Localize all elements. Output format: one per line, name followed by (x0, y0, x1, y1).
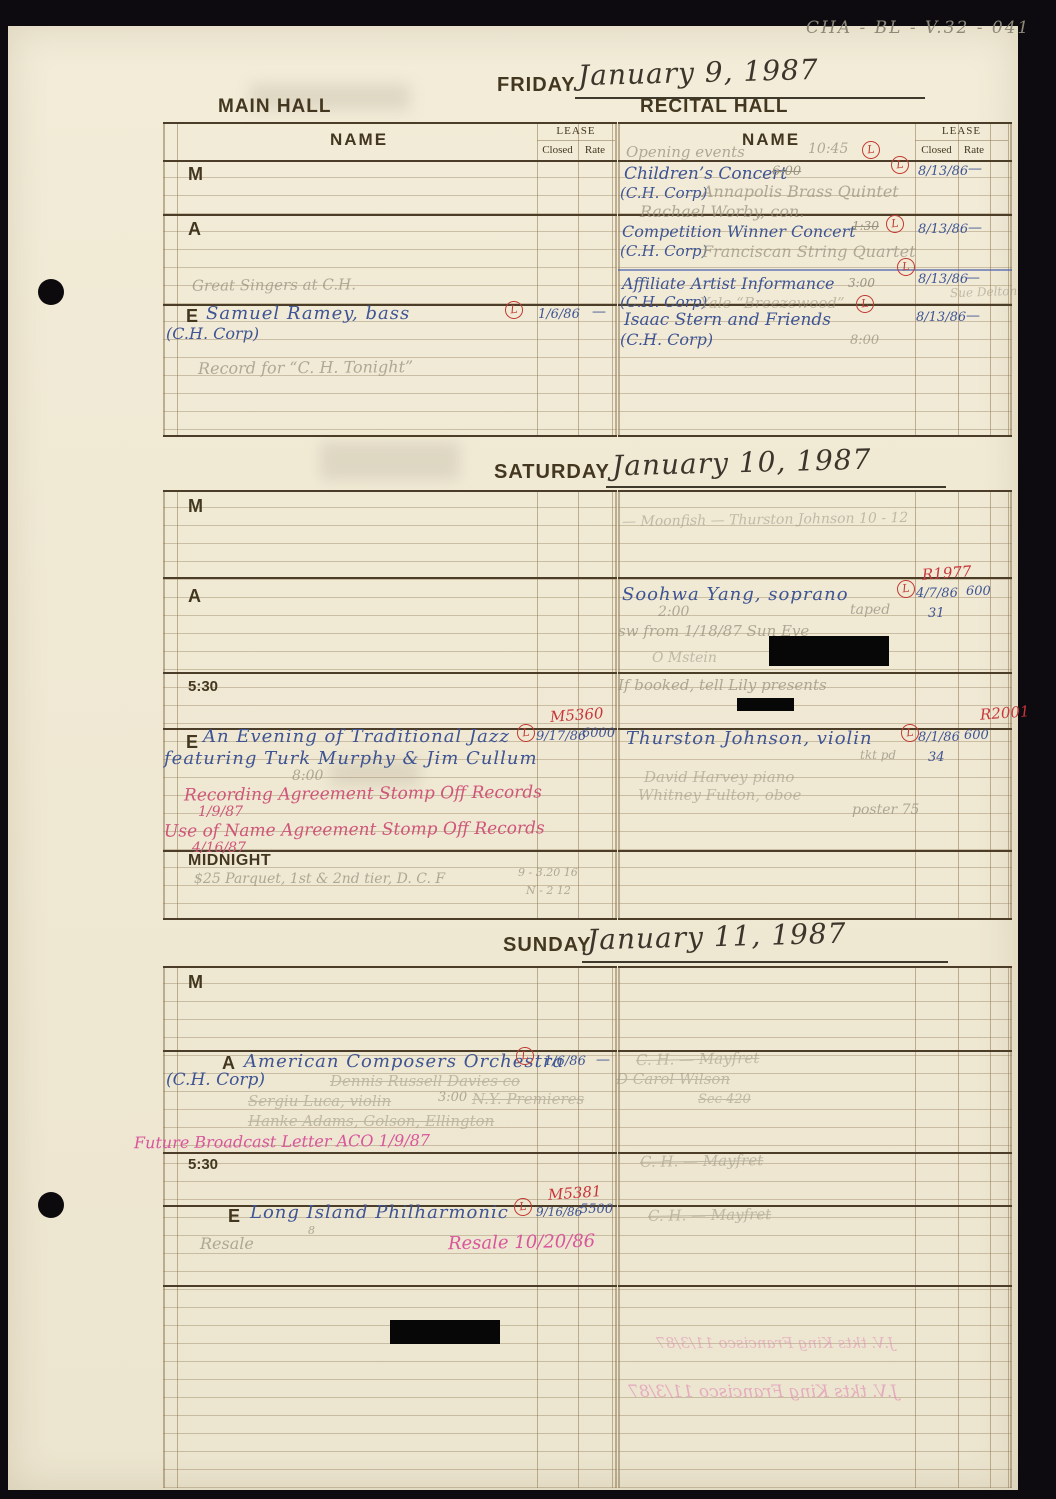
note-great-singers: Great Singers at C.H. (192, 275, 356, 294)
rate-value: 600 (964, 728, 989, 743)
booking-number: M5360 (549, 704, 604, 726)
grid-line (915, 140, 1008, 141)
event-thurston-johnson: Thurston Johnson, violin (626, 728, 873, 749)
artists-harvey: David Harvey piano (644, 768, 794, 786)
note-tkt-pd: tkt pd (860, 748, 896, 762)
grid-line (618, 490, 1012, 492)
grid-line (618, 269, 1012, 271)
rate-value: 6000 (582, 726, 615, 741)
grid-line (163, 160, 617, 162)
grid-line (163, 122, 165, 437)
rate-value: — (592, 304, 606, 320)
event-time: 3:00 (848, 276, 875, 290)
note-mstein: O Mstein (652, 650, 717, 666)
event-time: 8:00 (292, 768, 323, 784)
closed-date: 9/17/86 (536, 729, 586, 744)
org-ch-corp: (C.H. Corp) (166, 324, 259, 343)
note-luca-crossed: Sergiu Luca, violin (248, 1092, 391, 1110)
closed-header-main: Closed (537, 144, 578, 156)
grid-line (163, 966, 617, 968)
rate-header-main: Rate (578, 144, 612, 156)
grid-line (618, 850, 1012, 852)
event-time: 8:00 (850, 333, 879, 348)
date-saturday: January 10, 1987 (612, 443, 872, 483)
org-ch-corp: (C.H. Corp) (620, 330, 713, 349)
grid-line (163, 966, 165, 1488)
row-label-m: M (188, 164, 203, 185)
bleedthrough-text: J.V. tkts King Francisco 11/3/87 (628, 1382, 898, 1402)
grid-line (163, 122, 617, 124)
note-recording-agreement: Recording Agreement Stomp Off Records (184, 782, 542, 805)
grid-line (618, 1285, 1012, 1287)
seq-number: 31 (928, 606, 945, 621)
name-header-main: NAME (330, 130, 388, 150)
rate-header-recital: Rate (958, 144, 990, 156)
grid-line (163, 490, 165, 920)
note-parquet: $25 Parquet, 1st & 2nd tier, D. C. F (194, 871, 445, 887)
grid-line (578, 122, 579, 437)
note-if-booked: If booked, tell Lily presents (618, 676, 827, 694)
rate-value: — (596, 1052, 610, 1068)
row-label-530: 5:30 (188, 678, 218, 695)
grid-line (990, 966, 991, 1488)
ledger-scan-page: CHA - BL - V.32 - 041 FRIDAY January 9, … (0, 0, 1056, 1499)
grid-line (578, 966, 579, 1488)
grid-line (163, 1152, 617, 1154)
grid-line (615, 122, 617, 437)
event-affiliate-informance: Affiliate Artist Informance (622, 274, 835, 293)
grid-line (618, 122, 1012, 124)
day-label-friday: FRIDAY (497, 74, 576, 97)
closed-date: 8/13/86 (918, 272, 968, 287)
grid-line (177, 490, 178, 920)
grid-line (163, 672, 617, 674)
event-li-philharmonic: Long Island Philharmonic (250, 1202, 509, 1223)
event-competition-winner: Competition Winner Concert (622, 222, 856, 241)
conductor-worby: Rachael Worby, con. (640, 202, 804, 221)
day-label-saturday: SATURDAY (494, 461, 610, 484)
seq-number: 34 (928, 750, 945, 765)
grid-line (612, 966, 613, 1488)
booking-number: M5381 (547, 1182, 602, 1204)
grid-line (537, 140, 615, 141)
grid-line (1010, 966, 1012, 1488)
note-poster: poster 75 (852, 802, 919, 818)
row-label-530: 5:30 (188, 1156, 218, 1173)
grid-line (612, 490, 613, 920)
rate-value: — (966, 308, 980, 324)
note-parquet-fig: N - 2 12 (526, 884, 571, 897)
main-hall-label: MAIN HALL (218, 96, 331, 118)
archive-code: CHA - BL - V.32 - 041 (806, 18, 1030, 38)
date-friday: January 9, 1987 (578, 53, 819, 92)
note-premieres-crossed: N.Y. Premieres (472, 1090, 584, 1108)
grid-line (612, 122, 613, 437)
crossed-ch-note: C. H. — Mayfret (648, 1205, 772, 1225)
event-isaac-stern: Isaac Stern and Friends (624, 310, 831, 330)
closed-date: 9/16/86 (536, 1205, 582, 1219)
grid-line (990, 122, 991, 437)
rate-value: — (968, 161, 982, 177)
note-future-broadcast: Future Broadcast Letter ACO 1/9/87 (134, 1131, 430, 1153)
row-label-m: M (188, 496, 203, 517)
grid-line (618, 122, 620, 437)
redaction-box (769, 636, 889, 666)
row-label-a: A (188, 219, 201, 240)
lease-header-recital: LEASE (915, 125, 1008, 137)
grid-line (958, 966, 959, 1488)
row-label-m: M (188, 972, 203, 993)
rate-value: 600 (966, 584, 991, 599)
grid-line (618, 435, 1012, 437)
grid-line (1008, 122, 1009, 437)
grid-line (163, 435, 617, 437)
grid-line (615, 490, 617, 920)
redaction-box (737, 698, 794, 711)
redaction-box (390, 1320, 500, 1344)
closed-date: 8/13/86 (918, 164, 968, 179)
date-underline (582, 961, 948, 963)
grid-line (915, 122, 916, 437)
crossed-sec-420: Sec 420 (698, 1092, 751, 1107)
grid-line (915, 490, 916, 920)
artists-franciscan: Franciscan String Quartet (702, 242, 916, 261)
grid-line (618, 672, 1012, 674)
note-name-agreement: Use of Name Agreement Stomp Off Records (164, 818, 545, 841)
closed-date: 4/7/86 (916, 586, 958, 601)
grid-line (618, 966, 1012, 1488)
rate-value: 5500 (580, 1202, 613, 1217)
org-ch-corp: (C.H. Corp) (620, 242, 707, 260)
crossed-carol-wilson: D Carol Wilson (616, 1070, 730, 1088)
closed-header-recital: Closed (915, 144, 958, 156)
note-resale-sup: 8 (308, 1224, 315, 1237)
grid-line (163, 966, 617, 1488)
event-childrens-concert: Children’s Concert (624, 164, 787, 184)
closed-date: 8/13/86 (918, 222, 968, 237)
event-trad-jazz: An Evening of Traditional Jazz (203, 726, 510, 747)
grid-line (615, 966, 617, 1488)
org-ch-corp: (C.H. Corp) (166, 1070, 265, 1090)
grid-line (537, 966, 538, 1488)
org-ch-corp: (C.H. Corp) (620, 184, 707, 202)
date-underline (606, 486, 946, 488)
note-conductor-crossed: Dennis Russell Davies co (330, 1072, 520, 1090)
grid-line (537, 490, 538, 920)
event-soohwa-yang: Soohwa Yang, soprano (622, 584, 849, 605)
grid-line (163, 918, 617, 920)
note-parquet-fig: 9 - 3.20 16 (518, 866, 578, 879)
rate-value: — (968, 220, 982, 236)
grid-line (177, 122, 178, 437)
grid-line (163, 214, 617, 216)
artists-annapolis: Annapolis Brass Quintet (702, 182, 899, 201)
crossed-ch-note: C. H. — Mayfret (640, 1151, 764, 1171)
grid-line (163, 577, 617, 579)
closed-date: 1/6/86 (538, 307, 580, 322)
row-label-a: A (188, 586, 201, 607)
event-trad-jazz-2: featuring Turk Murphy & Jim Cullum (164, 748, 538, 769)
crossed-ch-note: C. H. — Mayfret (636, 1049, 760, 1069)
closed-date: 8/1/86 (918, 730, 960, 745)
lease-header-main: LEASE (537, 125, 615, 137)
grid-line (1010, 122, 1012, 437)
day-label-sunday: SUNDAY (503, 934, 592, 957)
hole-punch (38, 1192, 64, 1218)
event-time-crossed: 1:30 (852, 219, 879, 233)
event-time: 2:00 (658, 604, 689, 620)
grid-line (163, 1285, 617, 1287)
grid-line (958, 490, 959, 920)
grid-line (618, 490, 1012, 920)
bleedthrough-text: J.V. tkts King Francisco 11/3/87 (656, 1334, 894, 1352)
note-opening: Opening events (626, 143, 745, 161)
event-time: 3:00 (438, 1090, 467, 1105)
booking-number: R1977 (921, 562, 972, 583)
rate-value: — (966, 270, 980, 286)
grid-line (618, 490, 620, 920)
note-record: Record for “C. H. Tonight” (198, 357, 413, 378)
recital-hall-label: RECITAL HALL (640, 96, 789, 118)
grid-line (618, 966, 620, 1488)
org-ch-corp: (C.H. Corp) (620, 293, 707, 311)
grid-line (177, 966, 178, 1488)
note-sue-delton: Sue Delton (950, 284, 1018, 300)
grid-line (618, 966, 1012, 968)
grid-line (915, 966, 916, 1488)
grid-line (163, 490, 617, 492)
booking-number: R2001 (979, 702, 1030, 723)
name-header-recital: NAME (742, 130, 800, 150)
date-sunday: January 11, 1987 (587, 917, 847, 957)
note-recording-date: 1/9/87 (198, 804, 243, 820)
bleedthrough-line: J.V. tkts King Francisco 11/3/87 (656, 1334, 894, 1352)
note-resale-pink: Resale 10/20/86 (448, 1231, 596, 1255)
note-opening-time: 10:45 (808, 141, 848, 157)
closed-date: 1/6/86 (544, 1054, 586, 1069)
grid-line (163, 160, 617, 437)
showthrough-smudge (320, 442, 460, 480)
bleedthrough-line: J.V. tkts King Francisco 11/3/87 (628, 1382, 898, 1402)
event-time-crossed: 6:00 (772, 164, 801, 179)
event-samuel-ramey: Samuel Ramey, bass (206, 303, 410, 324)
hole-punch (38, 279, 64, 305)
grid-line (1008, 966, 1009, 1488)
closed-date: 8/13/86 (916, 310, 966, 325)
grid-line (537, 122, 538, 437)
row-label-e: E (228, 1206, 240, 1227)
note-taped: taped (850, 602, 890, 618)
artists-fulton: Whitney Fulton, oboe (638, 786, 801, 804)
note-resale-pencil: Resale (200, 1234, 254, 1253)
note-composers-crossed: Hanke Adams, Golson, Ellington (248, 1112, 494, 1130)
note-name-date: 4/16/87 (192, 840, 246, 856)
